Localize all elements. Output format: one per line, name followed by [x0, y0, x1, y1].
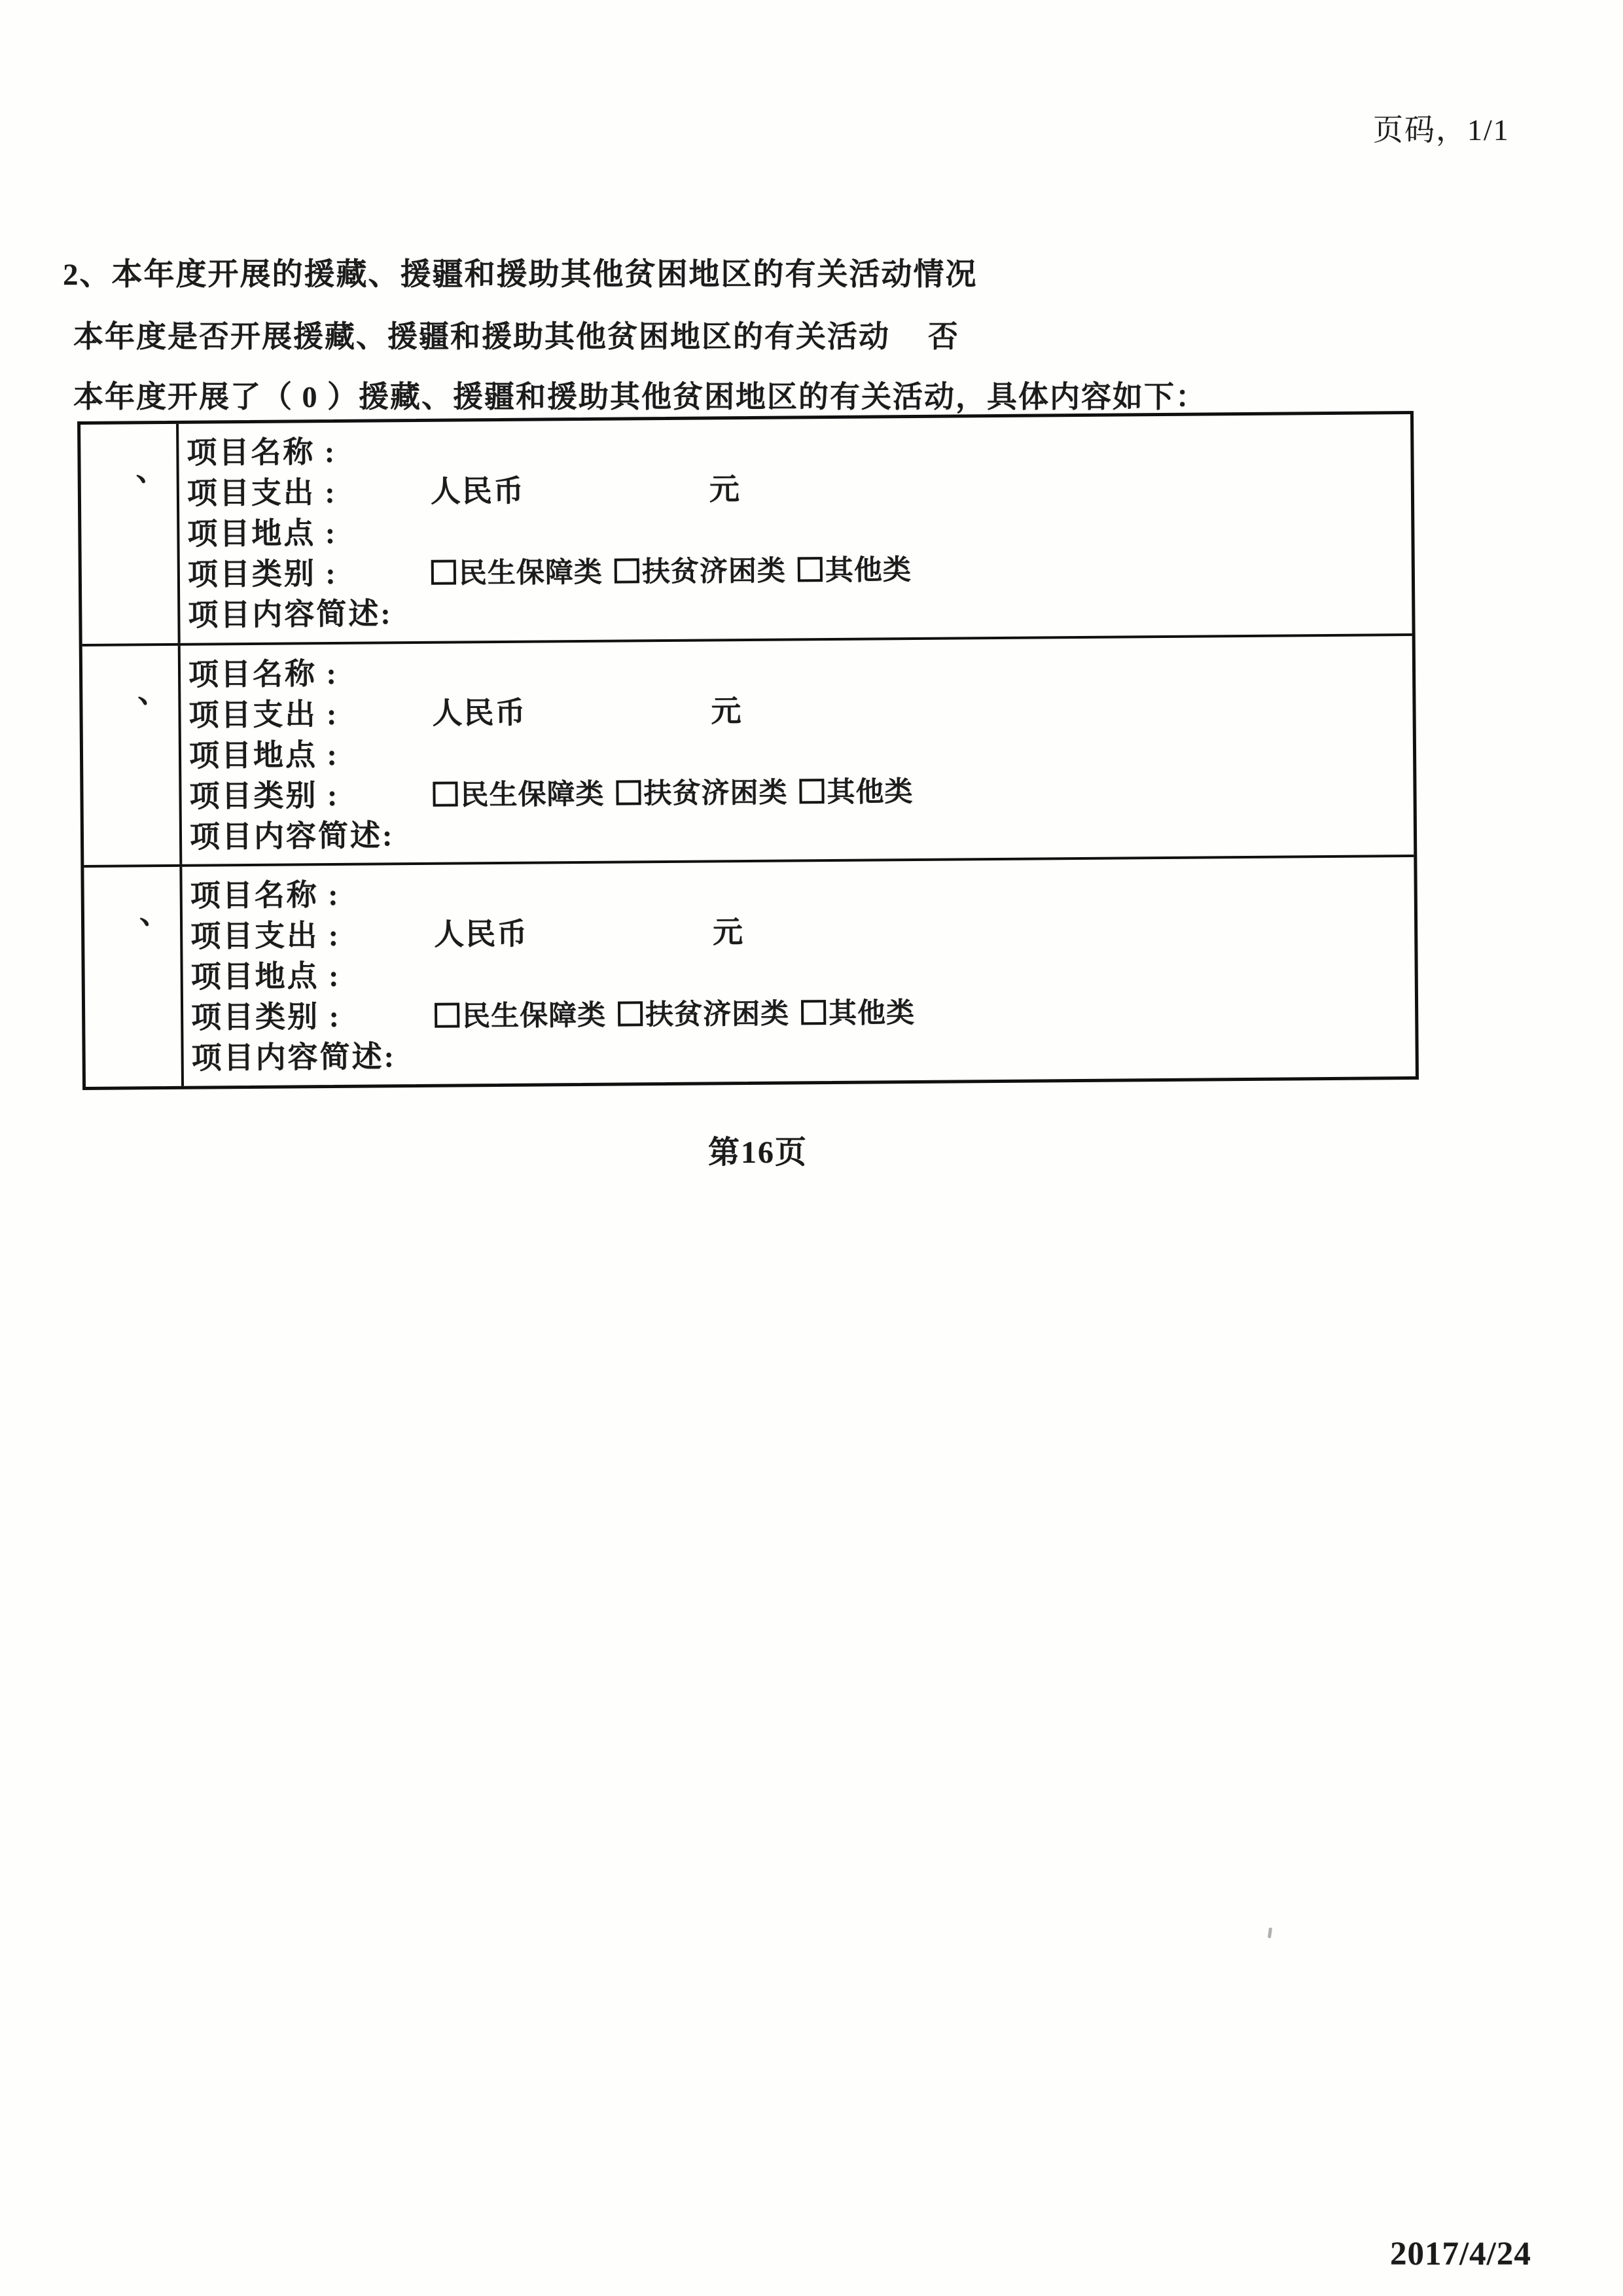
project-fields: 项目名称 : 项目支出 :人民币元 项目地点 : 项目类别 :民生保障类扶贫济困…	[181, 636, 1414, 864]
checkbox-icon	[618, 1002, 643, 1027]
project-name-label: 项目名称 :	[188, 652, 432, 695]
scanned-form-page: 页码，1/1 2、本年度开展的援藏、援疆和援助其他贫困地区的有关活动情况 本年度…	[0, 0, 1623, 2296]
activity-count: 0	[302, 380, 319, 414]
currency-label: 人民币	[432, 696, 526, 730]
project-name-label: 项目名称 :	[187, 431, 430, 474]
project-category-label: 项目类别 :	[191, 996, 435, 1038]
currency-label: 人民币	[431, 474, 525, 508]
question-line: 本年度是否开展援藏、援疆和援助其他贫困地区的有关活动否	[73, 313, 959, 356]
checkbox-icon	[431, 559, 456, 584]
project-expense-label: 项目支出 :	[187, 472, 431, 514]
category-option-label: 其他类	[829, 998, 915, 1029]
project-category-label: 项目类别 :	[188, 553, 431, 595]
project-expense-label: 项目支出 :	[190, 915, 434, 957]
aid-projects-table: 、 项目名称 : 项目支出 :人民币元 项目地点 : 项目类别 :民生保障类扶贫…	[77, 411, 1419, 1090]
project-name-label: 项目名称 :	[190, 874, 433, 917]
project-index-marker: 、	[84, 867, 184, 1087]
summary-suffix: ）援藏、援疆和援助其他贫困地区的有关活动，具体内容如下：	[319, 380, 1207, 414]
category-option-label: 其他类	[827, 777, 913, 808]
category-option: 扶贫济困类	[618, 999, 789, 1031]
category-option-label: 扶贫济困类	[645, 999, 789, 1031]
category-option: 民生保障类	[431, 557, 603, 590]
checkbox-icon	[801, 1000, 826, 1025]
project-fields: 项目名称 : 项目支出 :人民币元 项目地点 : 项目类别 :民生保障类扶贫济困…	[179, 414, 1412, 643]
project-block: 、 项目名称 : 项目支出 :人民币元 项目地点 : 项目类别 :民生保障类扶贫…	[82, 633, 1414, 866]
checkbox-icon	[616, 780, 641, 805]
checkbox-icon	[615, 558, 639, 583]
category-option-label: 其他类	[825, 555, 912, 586]
category-option: 扶贫济困类	[615, 556, 786, 588]
category-option: 民生保障类	[433, 779, 604, 811]
question-text: 本年度是否开展援藏、援疆和援助其他贫困地区的有关活动	[73, 320, 890, 353]
category-option: 民生保障类	[435, 1000, 606, 1033]
checkbox-icon	[799, 779, 824, 804]
category-option: 扶贫济困类	[616, 777, 787, 809]
project-description-row: 项目内容简述:	[191, 1029, 1415, 1079]
project-location-label: 项目地点 :	[189, 733, 433, 776]
page-indicator: 页码，1/1	[1373, 106, 1510, 149]
project-location-label: 项目地点 :	[187, 512, 431, 555]
checkbox-icon	[798, 557, 823, 582]
project-description-label: 项目内容简述:	[188, 593, 393, 635]
category-option-label: 扶贫济困类	[643, 777, 787, 809]
currency-unit-label: 元	[711, 694, 741, 728]
currency-unit-label: 元	[713, 915, 743, 949]
category-option-label: 扶贫济困类	[642, 556, 786, 588]
category-option-label: 民生保障类	[462, 1000, 606, 1033]
section-heading: 2、本年度开展的援藏、援疆和援助其他贫困地区的有关活动情况	[63, 250, 978, 294]
currency-unit-label: 元	[709, 472, 740, 506]
footer-date: 2017/4/24	[1390, 2235, 1531, 2273]
project-category-label: 项目类别 :	[189, 774, 433, 817]
project-fields: 项目名称 : 项目支出 :人民币元 项目地点 : 项目类别 :民生保障类扶贫济困…	[182, 857, 1416, 1086]
project-expense-label: 项目支出 :	[188, 693, 432, 735]
project-description-label: 项目内容简述:	[190, 815, 395, 857]
checkbox-icon	[435, 1003, 459, 1028]
currency-label: 人民币	[434, 917, 528, 951]
project-block: 、 项目名称 : 项目支出 :人民币元 项目地点 : 项目类别 :民生保障类扶贫…	[84, 855, 1416, 1087]
project-index-marker: 、	[82, 645, 183, 865]
project-location-label: 项目地点 :	[190, 955, 434, 998]
project-block: 、 项目名称 : 项目支出 :人民币元 项目地点 : 项目类别 :民生保障类扶贫…	[80, 414, 1412, 644]
category-option: 其他类	[801, 998, 915, 1029]
category-option-label: 民生保障类	[460, 779, 604, 811]
project-index-marker: 、	[80, 424, 181, 644]
scan-artifact-speck	[1268, 1928, 1272, 1939]
category-option: 其他类	[798, 555, 912, 586]
category-option: 其他类	[799, 777, 913, 808]
category-option-label: 民生保障类	[459, 557, 603, 590]
summary-prefix: 本年度开展了（	[73, 380, 302, 414]
footer-page-number: 第16页	[708, 1127, 808, 1172]
project-description-label: 项目内容简述:	[191, 1037, 396, 1079]
project-description-row: 项目内容简述:	[190, 807, 1414, 858]
checkbox-icon	[433, 781, 457, 806]
answer-value: 否	[928, 320, 959, 353]
summary-line: 本年度开展了（ 0 ）援藏、援疆和援助其他贫困地区的有关活动，具体内容如下：	[73, 373, 1207, 416]
project-description-row: 项目内容简述:	[188, 586, 1412, 636]
